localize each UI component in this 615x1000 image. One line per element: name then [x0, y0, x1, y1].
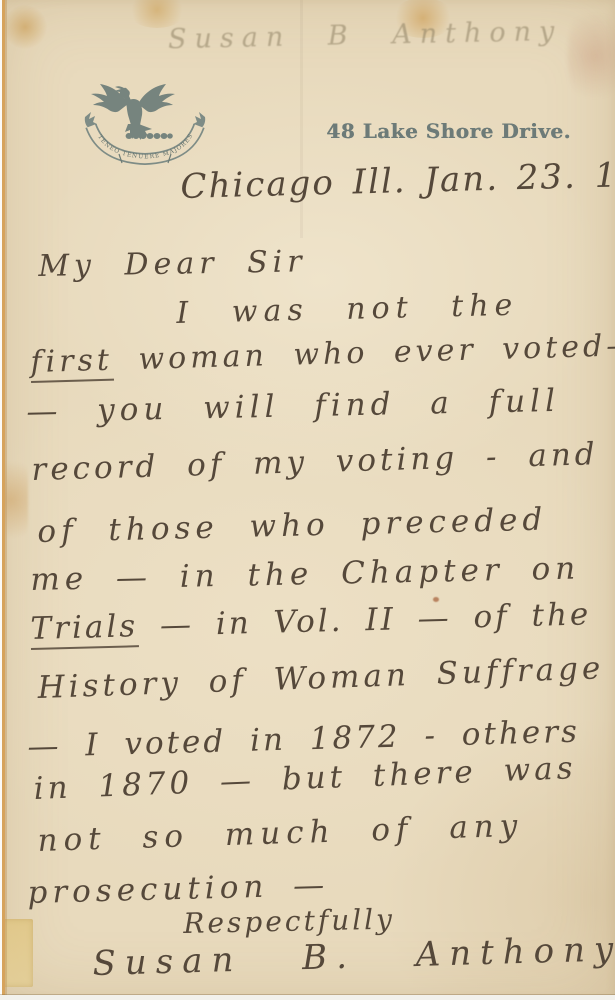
letter-line: I was not the	[176, 288, 519, 331]
pencil-inscription: Susan B Anthony	[168, 16, 563, 55]
closing: Respectfully	[183, 903, 395, 940]
line-text: I was not the	[176, 288, 519, 331]
letter-line: me — in the Chapter on	[30, 550, 581, 598]
letter-line: first woman who ever voted—	[30, 328, 615, 380]
line-text: — in Vol. II — of the	[138, 596, 592, 644]
salutation: My Dear Sir	[38, 244, 307, 284]
letter-line: History of Woman Suffrage	[37, 650, 605, 706]
dateline: Chicago Ill. Jan. 23. 1897—	[180, 153, 615, 207]
letterhead-address: 48 Lake Shore Drive.	[326, 119, 571, 143]
letter-line: Trials — in Vol. II — of the	[30, 596, 592, 647]
eagle-icon	[91, 84, 175, 140]
letter-line: — you will find a full	[26, 383, 560, 430]
stain-top-left	[3, 5, 47, 49]
signature: Susan B. Anthony	[92, 929, 615, 984]
line-text: — you will find a full	[26, 383, 560, 430]
paper-edge-bottom	[0, 990, 615, 1000]
line-text: woman who ever voted—	[112, 328, 615, 378]
line-text: History of Woman Suffrage	[37, 650, 605, 706]
eagle-crest-icon: TENEO TENUERE MAJORES	[83, 76, 207, 172]
line-text: of those who preceded	[37, 502, 548, 550]
letter-page: Susan B Anthony TENEO TENUERE MAJORES	[0, 0, 615, 1000]
line-text: record of my voting - and	[31, 436, 599, 488]
line-text: not so much of any	[37, 808, 524, 859]
underlined-word: Trials	[30, 608, 139, 650]
letter-line: not so much of any	[37, 808, 524, 859]
line-text: me — in the Chapter on	[30, 550, 581, 598]
letter-line: record of my voting - and	[31, 436, 599, 488]
paper-edge-left	[0, 0, 9, 1000]
letter-line: of those who preceded	[37, 502, 548, 550]
stain-top-right	[568, 4, 615, 108]
underlined-word: first	[30, 343, 114, 383]
